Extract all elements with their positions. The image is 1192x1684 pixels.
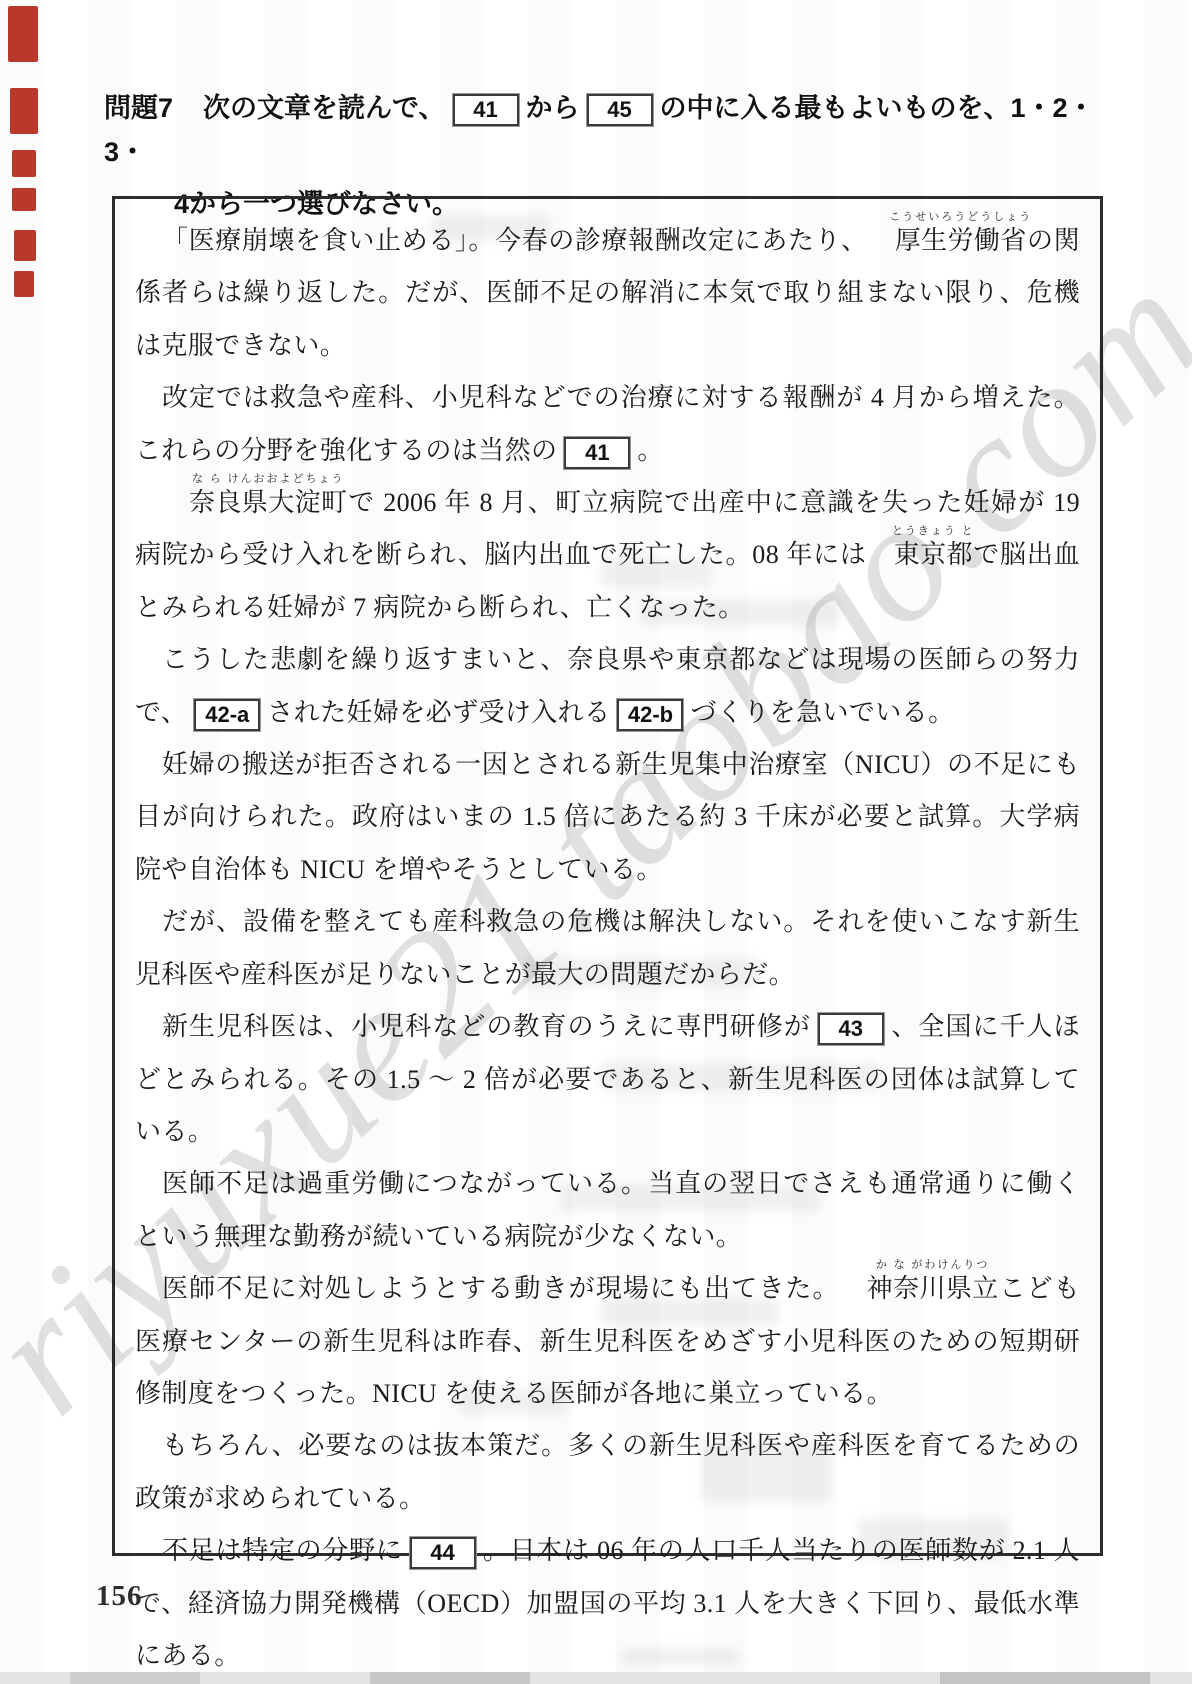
instruction-text-prefix: 次の文章を読んで、 xyxy=(203,93,445,123)
blank-ref-41-label: 41 xyxy=(473,95,497,125)
red-edge-mark xyxy=(14,230,36,261)
page-edge-segment xyxy=(70,1672,200,1684)
passage-paragraph: 不足は特定の分野に44。日本は 06 年の人口千人当たりの医師数が 2.1 人で… xyxy=(135,1525,1080,1682)
passage-paragraph: 新生児科医は、小児科などの教育のうえに専門研修が43、全国に千人ほどとみられる。… xyxy=(135,1001,1080,1158)
furigana-text: こうせいろうどうしょう xyxy=(862,212,1032,223)
passage-paragraph: だが、設備を整えても産科救急の危機は解決しない。それを使いこなす新生児科医や産科… xyxy=(135,896,1080,1001)
ruby-annotated-word: な ら けんおおよどちょう奈良県大淀町 xyxy=(162,488,347,518)
red-edge-mark xyxy=(10,88,38,134)
passage-paragraph: な ら けんおおよどちょう奈良県大淀町で 2006 年 8 月、町立病院で出産中… xyxy=(135,477,1080,634)
passage-paragraph: 改定では救急や産科、小児科などでの治療に対する報酬が 4 月から増えた。これらの… xyxy=(135,372,1080,477)
furigana-text: か な がわけんりつ xyxy=(849,1260,990,1271)
passage-paragraph: 「医療崩壊を食い止める」。今春の診療報酬改定にあたり、こうせいろうどうしょう厚生… xyxy=(135,215,1080,372)
red-edge-mark xyxy=(8,6,38,62)
furigana-text: とうきょう と xyxy=(865,526,975,537)
passage-paragraph: 医師不足は過重労働につながっている。当直の翌日でさえも通常通りに働くという無理な… xyxy=(135,1158,1080,1263)
passage-paragraph: 妊婦の搬送が拒否される一因とされる新生児集中治療室（NICU）の不足にも目が向け… xyxy=(135,739,1080,896)
page-number: 156 xyxy=(96,1580,143,1613)
blank-box-44: 44 xyxy=(410,1537,476,1569)
blank-ref-45-label: 45 xyxy=(607,95,631,125)
page-bottom-edge xyxy=(0,1672,1192,1684)
scanned-exam-page: riyuxue21.taobao.com 問題7次の文章を読んで、41から45の… xyxy=(0,0,1192,1684)
passage-paragraph: 医師不足に対処しようとする動きが現場にも出てきた。か な がわけんりつ神奈川県立… xyxy=(135,1263,1080,1420)
blank-ref-41: 41 xyxy=(453,94,519,126)
blank-box-42-a: 42-a xyxy=(194,699,260,731)
blank-box-43: 43 xyxy=(818,1013,884,1045)
furigana-text: な ら けんおおよどちょう xyxy=(165,474,345,485)
passage-paragraph: こうした悲劇を繰り返すまいと、奈良県や東京都などは現場の医師らの努力で、42-a… xyxy=(135,634,1080,739)
instruction-line1: 問題7次の文章を読んで、41から45の中に入る最もよいものを、1・2・3・ xyxy=(104,86,1124,174)
ruby-annotated-word: か な がわけんりつ神奈川県立 xyxy=(840,1274,999,1304)
instruction-text-middle: から xyxy=(526,93,580,123)
page-edge-segment xyxy=(940,1672,1150,1684)
blank-box-41: 41 xyxy=(564,437,630,469)
blank-ref-45: 45 xyxy=(587,94,653,126)
passage-paragraph: もちろん、必要なのは抜本策だ。多くの新生児科医や産科医を育てるための政策が求めら… xyxy=(135,1420,1080,1525)
red-edge-mark xyxy=(12,188,36,211)
page-edge-segment xyxy=(370,1672,530,1684)
ruby-annotated-word: とうきょう と東京都 xyxy=(867,540,973,570)
red-edge-mark xyxy=(14,271,34,297)
problem-number-label: 問題7 xyxy=(104,93,173,123)
red-edge-mark xyxy=(12,150,36,177)
ruby-annotated-word: こうせいろうどうしょう厚生労働省 xyxy=(868,226,1027,256)
passage-box: 「医療崩壊を食い止める」。今春の診療報酬改定にあたり、こうせいろうどうしょう厚生… xyxy=(112,196,1103,1556)
blank-box-42-b: 42-b xyxy=(617,699,683,731)
